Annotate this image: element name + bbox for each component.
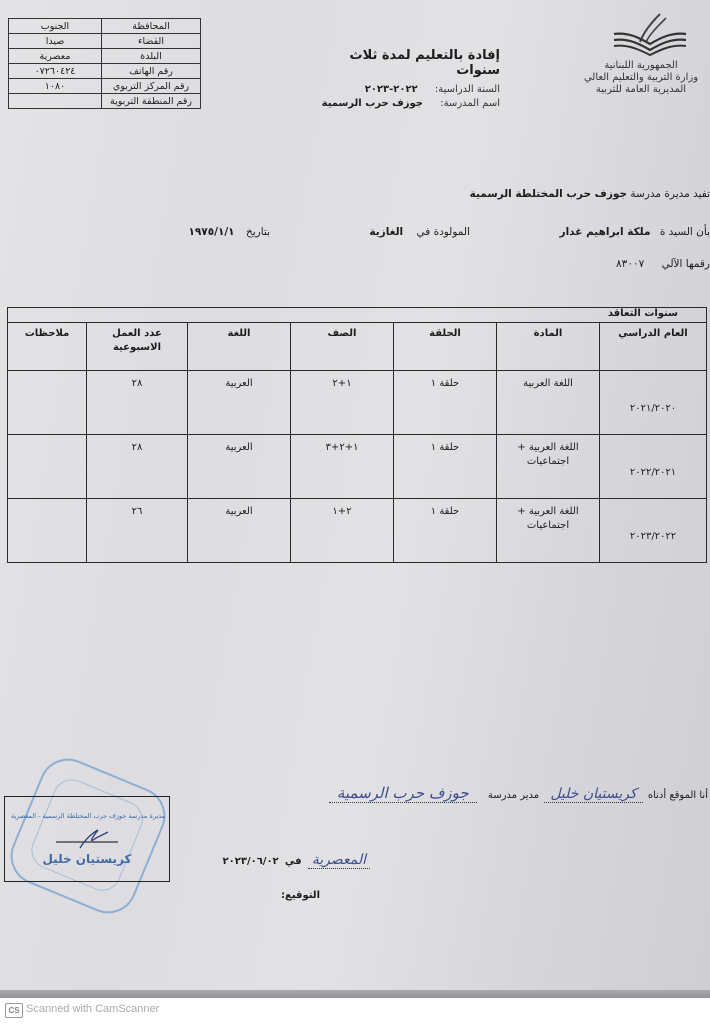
contract-years-table: سنوات التعاقد العام الدراسي المادة الحلق…	[7, 307, 707, 563]
signature-label: التوقيع:	[250, 890, 320, 901]
info-value: الجنوب	[9, 19, 102, 34]
cell-language: العربية	[188, 435, 291, 499]
cell-notes	[8, 435, 87, 499]
birthplace-label: المولودة في	[416, 226, 470, 238]
header-cycle: الحلقة	[394, 323, 497, 371]
document-title: إفادة بالتعليم لمدة ثلاث سنوات	[330, 48, 500, 78]
cell-hours: ٢٨	[87, 371, 188, 435]
employee-number-label: رقمها الآلي	[662, 258, 710, 270]
page-bottom-edge	[0, 990, 710, 998]
info-row: رقم الهاتف ٠٧٢٦٠٤٢٤	[9, 64, 201, 79]
cell-cycle: حلقة ١	[394, 435, 497, 499]
info-value	[9, 94, 102, 109]
cell-cycle: حلقة ١	[394, 371, 497, 435]
birthplace-line: المولودة في الغازية	[340, 226, 470, 238]
cell-year: ٢٠٢٢/٢٠٢١	[600, 435, 707, 499]
cell-grade: ١+٢+٣	[291, 435, 394, 499]
signature-date: ٢٠٢٣/٠٦/٠٢	[223, 856, 279, 867]
info-label: رقم المنطقة التربوية	[102, 94, 201, 109]
cell-grade: ١+٢	[291, 371, 394, 435]
cell-subject: اللغة العربية + اجتماعيات	[497, 435, 600, 499]
ministry-book-logo-icon	[610, 12, 690, 56]
location-info-table: المحافظة الجنوب القضاء صيدا البلدة معصري…	[8, 18, 201, 109]
info-label: رقم الهاتف	[102, 64, 201, 79]
employee-number-value: ٨٣٠٠٧	[616, 258, 644, 270]
table-row: ٢٠٢٣/٢٠٢٢ اللغة العربية + اجتماعيات حلقة…	[8, 499, 707, 563]
teacher-name: ملكة ابراهيم غدار	[560, 226, 651, 238]
info-row: القضاء صيدا	[9, 34, 201, 49]
camscanner-watermark: Scanned with CamScanner	[26, 1003, 159, 1015]
info-row: البلدة معصرية	[9, 49, 201, 64]
birthdate-line: بتاريخ ١٩٧٥/١/١	[110, 226, 270, 238]
info-label: المحافظة	[102, 19, 201, 34]
cell-cycle: حلقة ١	[394, 499, 497, 563]
cell-year: ٢٠٢٣/٢٠٢٢	[600, 499, 707, 563]
stamp-top-text: مديرة مدرسة جوزف حرب المختلطة الرسمية - …	[8, 812, 168, 820]
school-name-label: اسم المدرسة:	[440, 98, 500, 109]
place-date-line: المعصرية في ٢٠٢٣/٠٦/٠٢	[190, 852, 370, 869]
info-value: معصرية	[9, 49, 102, 64]
certifier-prefix: تفيد مديرة مدرسة	[630, 188, 710, 200]
teacher-name-line: بأن السيد ة ملكة ابراهيم غدار	[480, 226, 710, 238]
header-language: اللغة	[188, 323, 291, 371]
cell-hours: ٢٨	[87, 435, 188, 499]
camscanner-logo-icon: CS	[5, 1003, 23, 1018]
table-caption-row: سنوات التعاقد	[8, 308, 707, 323]
cell-grade: ٢+١	[291, 499, 394, 563]
school-year-line: السنة الدراسية: ٢٠٢٢-٢٠٢٣	[300, 84, 500, 95]
header-weekly-hours: عدد العمل الاسبوعية	[87, 323, 188, 371]
place-handwritten: المعصرية	[308, 852, 370, 869]
cell-language: العربية	[188, 371, 291, 435]
ministry-line-2: وزارة التربية والتعليم العالي	[580, 72, 702, 84]
info-value: ٠٧٢٦٠٤٢٤	[9, 64, 102, 79]
school-name-value: جوزف حرب الرسمية	[322, 98, 423, 109]
school-name-line: اسم المدرسة: جوزف حرب الرسمية	[300, 98, 500, 109]
certification-line: تفيد مديرة مدرسة جوزف حرب المختلطة الرسم…	[300, 188, 710, 200]
director-label: مدير مدرسة	[488, 790, 539, 801]
official-stamp: مديرة مدرسة جوزف حرب المختلطة الرسمية - …	[2, 770, 192, 900]
info-value: صيدا	[9, 34, 102, 49]
stamp-signature-scribble-icon	[52, 828, 122, 850]
school-year-label: السنة الدراسية:	[435, 84, 500, 95]
info-row: المحافظة الجنوب	[9, 19, 201, 34]
scanned-document-page: المحافظة الجنوب القضاء صيدا البلدة معصري…	[0, 0, 710, 998]
info-value: ١٠٨٠	[9, 79, 102, 94]
ministry-line-1: الجمهورية اللبنانية	[580, 60, 702, 72]
cell-year: ٢٠٢١/٢٠٢٠	[600, 371, 707, 435]
table-header-row: العام الدراسي المادة الحلقة الصف اللغة ع…	[8, 323, 707, 371]
cell-notes	[8, 499, 87, 563]
info-label: رقم المركز التربوي	[102, 79, 201, 94]
table-row: ٢٠٢١/٢٠٢٠ اللغة العربية حلقة ١ ١+٢ العرب…	[8, 371, 707, 435]
undersigned-line: أنا الموقع أدناه كريستيان خليل مدير مدرس…	[230, 784, 708, 803]
undersigned-label: أنا الموقع أدناه	[648, 790, 708, 801]
cell-subject: اللغة العربية + اجتماعيات	[497, 499, 600, 563]
cell-subject: اللغة العربية	[497, 371, 600, 435]
header-school-year: العام الدراسي	[600, 323, 707, 371]
table-caption: سنوات التعاقد	[8, 308, 707, 323]
undersigned-name-handwritten: كريستيان خليل	[544, 786, 642, 803]
in-label: في	[285, 856, 302, 867]
employee-number-line: رقمها الآلي ٨٣٠٠٧	[540, 258, 710, 270]
header-notes: ملاحظات	[8, 323, 87, 371]
school-name-handwritten: جوزف حرب الرسمية	[329, 784, 477, 803]
header-subject: المادة	[497, 323, 600, 371]
birthdate-label: بتاريخ	[246, 226, 270, 238]
teacher-prefix: بأن السيد ة	[660, 226, 710, 238]
cell-language: العربية	[188, 499, 291, 563]
info-label: القضاء	[102, 34, 201, 49]
cell-hours: ٢٦	[87, 499, 188, 563]
ministry-line-3: المديرية العامة للتربية	[580, 84, 702, 96]
birthdate-value: ١٩٧٥/١/١	[188, 226, 234, 238]
info-row: رقم المركز التربوي ١٠٨٠	[9, 79, 201, 94]
table-row: ٢٠٢٢/٢٠٢١ اللغة العربية + اجتماعيات حلقة…	[8, 435, 707, 499]
school-year-value: ٢٠٢٢-٢٠٢٣	[365, 84, 418, 95]
stamp-name: كريستيان خليل	[22, 852, 152, 866]
header-grade: الصف	[291, 323, 394, 371]
birthplace-value: الغازية	[369, 226, 403, 238]
info-row: رقم المنطقة التربوية	[9, 94, 201, 109]
ministry-header: الجمهورية اللبنانية وزارة التربية والتعل…	[580, 60, 702, 96]
info-label: البلدة	[102, 49, 201, 64]
certifier-school: جوزف حرب المختلطة الرسمية	[470, 188, 627, 200]
cell-notes	[8, 371, 87, 435]
